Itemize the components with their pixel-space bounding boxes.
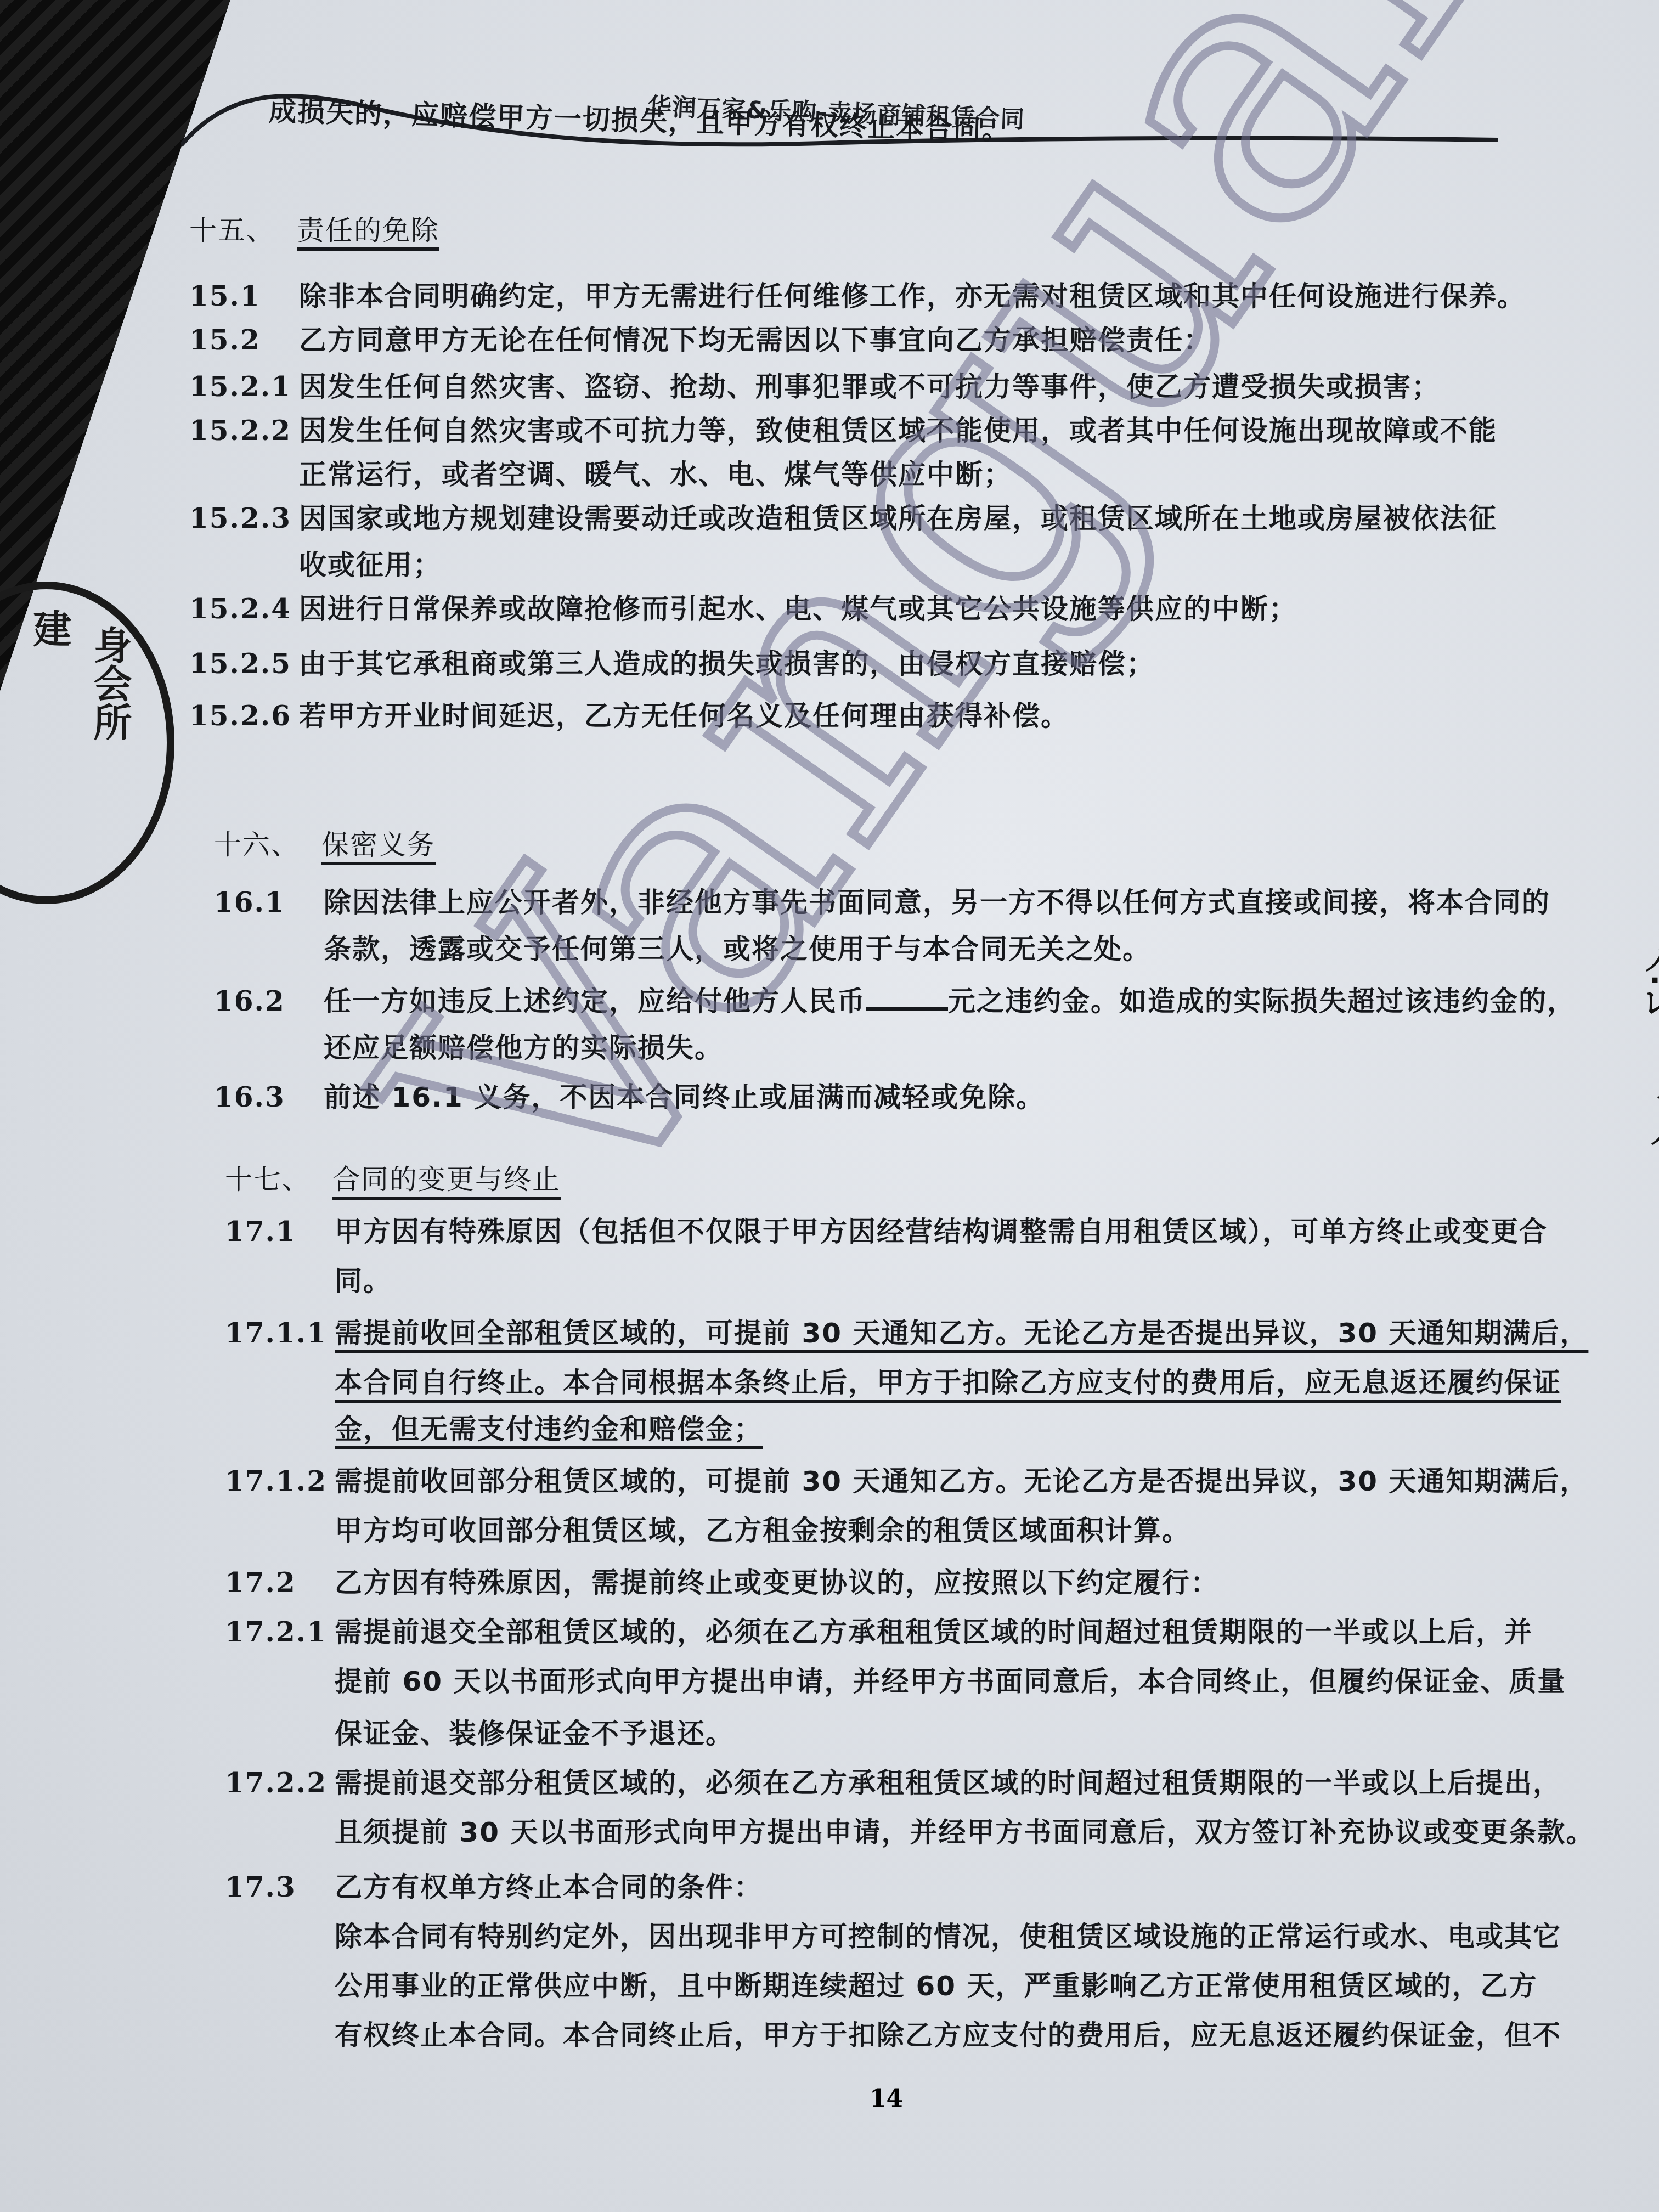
section-title: 责任的免除 bbox=[297, 215, 439, 246]
clause-text: 公用事业的正常供应中断，且中断期连续超过 60 天，严重影响乙方正常使用租赁区域… bbox=[335, 1970, 1537, 2002]
clause-line: 本合同自行终止。本合同根据本条终止后，甲方于扣除乙方应支付的费用后，应无息返还履… bbox=[225, 1361, 1561, 1400]
clause-line: 17.3乙方有权单方终止本合同的条件： bbox=[225, 1865, 763, 1905]
section-number: 十七、 bbox=[225, 1164, 311, 1195]
clause-text: 需提前退交部分租赁区域的，必须在乙方承租租赁区域的时间超过租赁期限的一半或以上后… bbox=[335, 1767, 1561, 1799]
clause-number: 15.2.5 bbox=[189, 647, 299, 680]
stamp-text-outer: 建 bbox=[22, 609, 77, 647]
edge-handwriting-mark-2: ヽノ bbox=[1638, 1086, 1659, 1148]
clause-text: 同。 bbox=[335, 1265, 392, 1297]
section-heading: 十六、保密义务 bbox=[214, 823, 436, 862]
clause-text: 且须提前 30 天以书面形式向甲方提出申请，并经甲方书面同意后，双方签订补充协议… bbox=[335, 1816, 1594, 1848]
clause-number: 17.2 bbox=[225, 1566, 335, 1599]
clause-text: 本合同自行终止。本合同根据本条终止后，甲方于扣除乙方应支付的费用后，应无息返还履… bbox=[335, 1367, 1561, 1398]
clause-number: 15.2.1 bbox=[189, 370, 299, 403]
clause-number: 16.1 bbox=[214, 886, 324, 918]
clause-number: 17.2.1 bbox=[225, 1616, 335, 1648]
clause-text: 有权终止本合同。本合同终止后，甲方于扣除乙方应支付的费用后，应无息返还履约保证金… bbox=[335, 2019, 1561, 2051]
edge-handwriting-mark: ノ·レ bbox=[1632, 944, 1659, 1017]
clause-text: 元之违约金。如造成的实际损失超过该违约金的， bbox=[948, 985, 1576, 1017]
stamp-text-inner: 身会所 bbox=[82, 625, 138, 741]
clause-text: 除本合同有特别约定外，因出现非甲方可控制的情况，使租赁区域设施的正常运行或水、电… bbox=[335, 1921, 1561, 1953]
clause-line: 提前 60 天以书面形式向甲方提出申请，并经甲方书面同意后，本合同终止，但履约保… bbox=[225, 1660, 1566, 1699]
clause-number: 15.2.4 bbox=[189, 592, 299, 625]
clause-line: 17.1.2需提前收回部分租赁区域的，可提前 30 天通知乙方。无论乙方是否提出… bbox=[225, 1459, 1588, 1499]
section-title: 保密义务 bbox=[321, 829, 436, 861]
clause-line: 甲方均可收回部分租赁区域，乙方租金按剩余的租赁区域面积计算。 bbox=[225, 1509, 1190, 1548]
clause-text: 需提前收回全部租赁区域的，可提前 30 天通知乙方。无论乙方是否提出异议，30 … bbox=[335, 1317, 1588, 1349]
amount-blank-field[interactable] bbox=[866, 985, 948, 1011]
clause-line: 17.2.1需提前退交全部租赁区域的，必须在乙方承租租赁区域的时间超过租赁期限的… bbox=[225, 1610, 1533, 1650]
clause-number: 15.2.2 bbox=[189, 414, 299, 447]
clause-number: 15.1 bbox=[189, 280, 299, 312]
clause-number: 17.3 bbox=[225, 1871, 335, 1903]
clause-line: 同。 bbox=[225, 1259, 392, 1299]
section-number: 十六、 bbox=[214, 829, 300, 861]
clause-text: 需提前收回部分租赁区域的，可提前 30 天通知乙方。无论乙方是否提出异议，30 … bbox=[335, 1465, 1588, 1497]
clause-line: 保证金、装修保证金不予退还。 bbox=[225, 1712, 734, 1751]
section-heading: 十五、责任的免除 bbox=[189, 208, 439, 248]
clause-number: 15.2.3 bbox=[189, 502, 299, 534]
page-number: 14 bbox=[870, 2085, 903, 2113]
clause-line: 且须提前 30 天以书面形式向甲方提出申请，并经甲方书面同意后，双方签订补充协议… bbox=[225, 1810, 1594, 1850]
section-number: 十五、 bbox=[189, 215, 275, 246]
clause-line: 除本合同有特别约定外，因出现非甲方可控制的情况，使租赁区域设施的正常运行或水、电… bbox=[225, 1915, 1561, 1954]
clause-line: 17.2.2需提前退交部分租赁区域的，必须在乙方承租租赁区域的时间超过租赁期限的… bbox=[225, 1761, 1561, 1801]
clause-text: 保证金、装修保证金不予退还。 bbox=[335, 1718, 734, 1750]
clause-line: 收或征用； bbox=[189, 543, 442, 583]
clause-text: 甲方均可收回部分租赁区域，乙方租金按剩余的租赁区域面积计算。 bbox=[335, 1515, 1190, 1547]
clause-line: 有权终止本合同。本合同终止后，甲方于扣除乙方应支付的费用后，应无息返还履约保证金… bbox=[225, 2013, 1561, 2053]
continuation-text: 成损失的，应赔偿甲方一切损失，且甲方有权终止本合同。 bbox=[268, 89, 1011, 148]
clause-number: 16.3 bbox=[214, 1081, 324, 1113]
clause-number: 17.1 bbox=[225, 1215, 335, 1248]
clause-text: 需提前退交全部租赁区域的，必须在乙方承租租赁区域的时间超过租赁期限的一半或以上后… bbox=[335, 1616, 1533, 1648]
clause-text: 甲方因有特殊原因（包括但不仅限于甲方因经营结构调整需自用租赁区域），可单方终止或… bbox=[335, 1216, 1548, 1248]
clause-text: 提前 60 天以书面形式向甲方提出申请，并经甲方书面同意后，本合同终止，但履约保… bbox=[335, 1666, 1566, 1697]
clause-line: 金，但无需支付违约金和赔偿金； bbox=[225, 1407, 763, 1447]
clause-number: 15.2.6 bbox=[189, 699, 299, 732]
clause-text: 乙方因有特殊原因，需提前终止或变更协议的，应按照以下约定履行： bbox=[335, 1567, 1219, 1599]
clause-number: 15.2 bbox=[189, 324, 299, 356]
clause-line: 17.2乙方因有特殊原因，需提前终止或变更协议的，应按照以下约定履行： bbox=[225, 1561, 1219, 1600]
clause-line: 17.1.1需提前收回全部租赁区域的，可提前 30 天通知乙方。无论乙方是否提出… bbox=[225, 1311, 1588, 1351]
clause-line: 公用事业的正常供应中断，且中断期连续超过 60 天，严重影响乙方正常使用租赁区域… bbox=[225, 1964, 1537, 2004]
clause-text: 金，但无需支付违约金和赔偿金； bbox=[335, 1413, 763, 1445]
clause-text: 收或征用； bbox=[299, 549, 442, 581]
clause-number: 17.2.2 bbox=[225, 1767, 335, 1799]
clause-text: 乙方有权单方终止本合同的条件： bbox=[335, 1871, 763, 1903]
clause-number: 17.1.1 bbox=[225, 1317, 335, 1349]
clause-number: 17.1.2 bbox=[225, 1465, 335, 1497]
clause-number: 16.2 bbox=[214, 985, 324, 1017]
clause-line: 17.1甲方因有特殊原因（包括但不仅限于甲方因经营结构调整需自用租赁区域），可单… bbox=[225, 1210, 1548, 1249]
